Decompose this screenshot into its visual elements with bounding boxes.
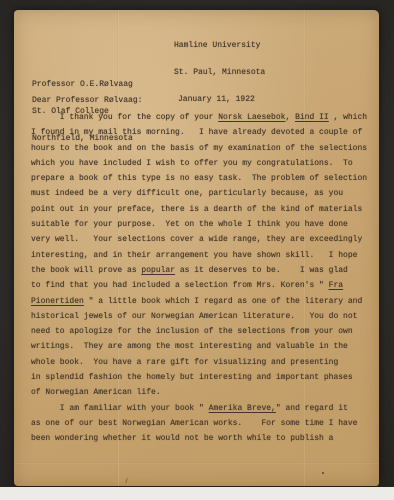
letter-body-line: writings. They are among the most intere…	[31, 339, 375, 354]
letterhead-institution: Hamline University	[174, 41, 265, 50]
letter-body-line: prepare a book of this type is no easy t…	[31, 171, 375, 186]
letter-body-line: interesting, and in their arrangement yo…	[31, 248, 375, 263]
paper-crease-horizontal	[14, 462, 379, 464]
paper-mark	[125, 478, 128, 483]
scan-edge-strip	[0, 487, 394, 500]
letter-photograph: Hamline University St. Paul, Minnesota J…	[0, 0, 394, 487]
salutation: Dear Professor Rølvaag:	[32, 96, 142, 105]
letter-body-line: historical jewels of our Norwegian Ameri…	[31, 309, 375, 324]
letter-body-line: in splendid fashion the homely but inter…	[31, 370, 375, 385]
letter-body-line: the book will prove as popular as it des…	[31, 263, 375, 278]
letter-body-line: of Norwegian American life.	[31, 385, 375, 400]
ink-speck	[322, 472, 324, 474]
letter-body-line: whole book. You have a rare gift for vis…	[31, 355, 375, 370]
letter-body-line: as one of our best Norwegian American wo…	[31, 416, 375, 431]
letter-body-line: very well. Your selections cover a wide …	[31, 232, 375, 247]
letterhead: Hamline University St. Paul, Minnesota J…	[174, 23, 265, 122]
letter-body-line: to find that you had included a selectio…	[31, 278, 375, 293]
letter-body-line: which you have included I wish to offer …	[31, 156, 375, 171]
letter-body-line: suitable for your purpose. Yet on the wh…	[31, 217, 375, 232]
letter-body-line: I found in my mail this morning. I have …	[31, 125, 375, 140]
letterhead-city: St. Paul, Minnesota	[174, 68, 265, 77]
letter-body-line: been wondering whether it would not be w…	[31, 431, 375, 446]
letter-body-line: I thank you for the copy of your Norsk L…	[31, 110, 375, 125]
letterhead-date: January 11, 1922	[174, 95, 265, 104]
letter-body-line: Pionertiden " a little book which I rega…	[31, 294, 375, 309]
letter-page: Hamline University St. Paul, Minnesota J…	[14, 10, 379, 486]
letter-body-line: I am familiar with your book " Amerika B…	[31, 401, 375, 416]
letter-body-line: point out in your preface, there is a de…	[31, 202, 375, 217]
letter-body-line: need to apologize for the inclusion of t…	[31, 324, 375, 339]
letter-body-line: hours to the book and on the basis of my…	[31, 141, 375, 156]
letter-body: I thank you for the copy of your Norsk L…	[31, 110, 375, 447]
recipient-name: Professor O.E.Rølvaag	[32, 80, 133, 89]
letter-body-line: must indeed be a very difficult one, par…	[31, 186, 375, 201]
